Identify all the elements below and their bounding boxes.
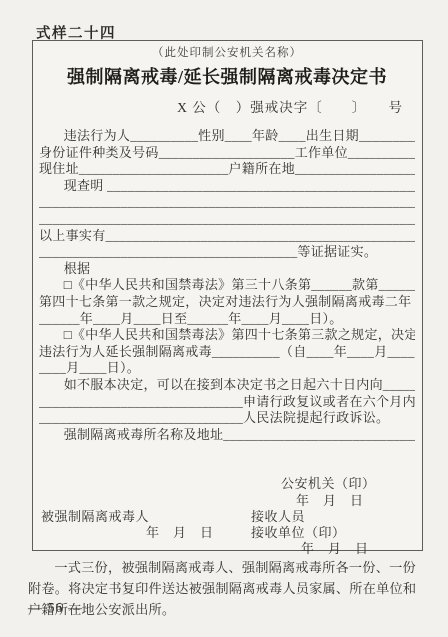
signature-row-authority-date: 年 月 日 [39, 490, 415, 506]
line-appeal-rights-cont-2: ______________________________人民法院提起行政诉讼… [39, 410, 415, 427]
line-law-article47-cont-2: ____月____日）。 [39, 360, 415, 377]
line-basis-label: 根据 [39, 261, 415, 278]
line-appeal-rights: 如不服本决定，可以在接到本决定书之日起六十日内向__________ [39, 377, 415, 394]
line-id-work-unit: 身份证件种类及号码____________________工作单位_______… [39, 145, 415, 162]
signature-row-dates-unit: 年 月 日 接收单位（印） [39, 522, 415, 538]
checkbox-article47-icon: □ [64, 327, 72, 342]
form-body: 违法行为人__________性别____年龄____出生日期_________… [39, 128, 415, 443]
line-appeal-rights-cont-1: ______________________________申请行政复议或者在六… [39, 394, 415, 411]
decision-form: （此处印制公安机关名称） 强制隔离戒毒/延长强制隔离戒毒决定书 X 公（ ）强戒… [32, 40, 423, 551]
line-law-article38-text: 《中华人民共和国禁毒法》第三十八条第______款第______项、 [72, 277, 415, 292]
line-law-article38: □《中华人民共和国禁毒法》第三十八条第______款第______项、 [39, 277, 415, 294]
signature-row-person-receiver: 被强制隔离戒毒人 接收人员 [39, 506, 415, 522]
line-law-article47-cont-1: 违法行为人延长强制隔离戒毒__________（自____年____月____日… [39, 344, 415, 361]
line-law-article47-text: 《中华人民共和国禁毒法》第四十七条第三款之规定，决定对 [72, 327, 415, 342]
line-law-article38-cont-2: ______年____月____日至______年____月____日）。 [39, 311, 415, 328]
checkbox-article38-icon: □ [64, 277, 72, 292]
signature-row-authority: 公安机关（印） [39, 473, 415, 489]
line-rehab-center-address: 强制隔离戒毒所名称及地址____________________________… [39, 427, 415, 444]
agency-name-placeholder: （此处印制公安机关名称） [39, 47, 415, 60]
line-law-article47: □《中华人民共和国禁毒法》第四十七条第三款之规定，决定对 [39, 327, 415, 344]
line-findings-blank-2: ________________________________________… [39, 211, 415, 228]
line-findings-label: 现查明 ____________________________________… [39, 178, 415, 195]
page-number: — 56 — [28, 601, 83, 617]
line-law-article38-cont-1: 第四十七条第一款之规定，决定对违法行为人强制隔离戒毒二年（自 [39, 294, 415, 311]
form-title: 强制隔离戒毒/延长强制隔离戒毒决定书 [39, 66, 415, 88]
line-offender-info: 违法行为人__________性别____年龄____出生日期_________… [39, 128, 415, 145]
receiver-date-label: 年 月 日 [301, 538, 369, 557]
document-page: 式样二十四 （此处印制公安机关名称） 强制隔离戒毒/延长强制隔离戒毒决定书 X … [0, 0, 448, 637]
line-evidence-intro: 以上事实有___________________________________… [39, 228, 415, 245]
distribution-note: 一式三份，被强制隔离戒毒人、强制隔离戒毒所各一份、一份附卷。将决定书复印件送达被… [28, 557, 425, 620]
line-findings-blank-1: ________________________________________… [39, 194, 415, 211]
line-address-registry: 现住址______________________户籍所在地__________… [39, 161, 415, 178]
signature-row-receiver-date: 年 月 日 [39, 538, 415, 554]
line-evidence-confirm: ______________________________________等证… [39, 244, 415, 261]
document-number-line: X 公（ ）强戒决字〔 〕 号 [39, 101, 415, 115]
signature-block: 公安机关（印） 年 月 日 被强制隔离戒毒人 接收人员 年 月 日 接收单位（印… [39, 473, 415, 554]
